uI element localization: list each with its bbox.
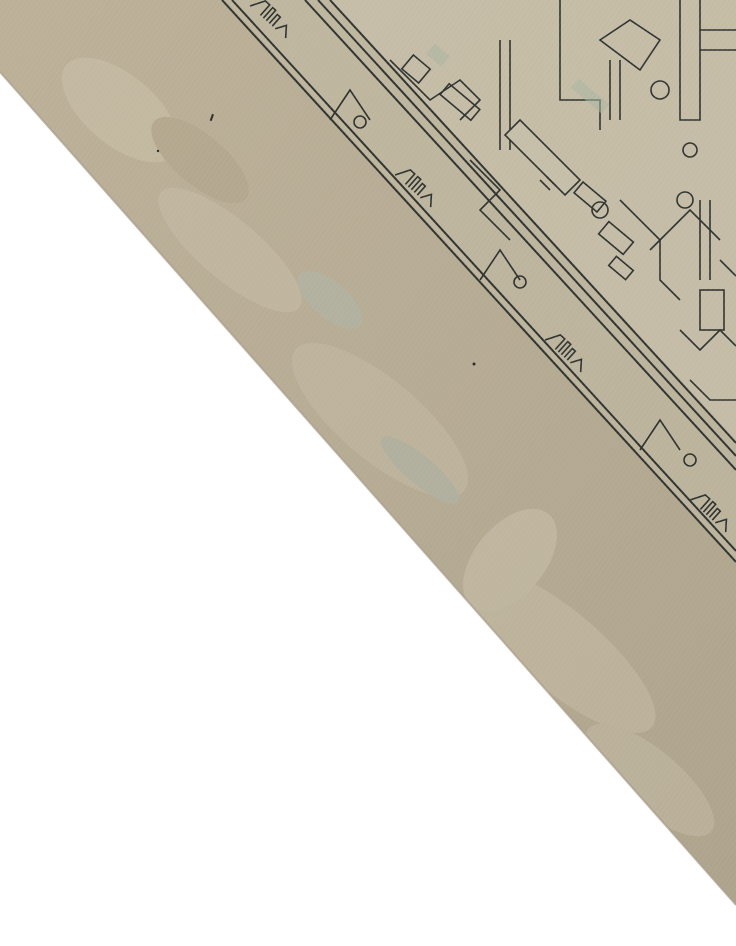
- rug-photo: [0, 0, 736, 946]
- rug-illustration: [0, 0, 736, 946]
